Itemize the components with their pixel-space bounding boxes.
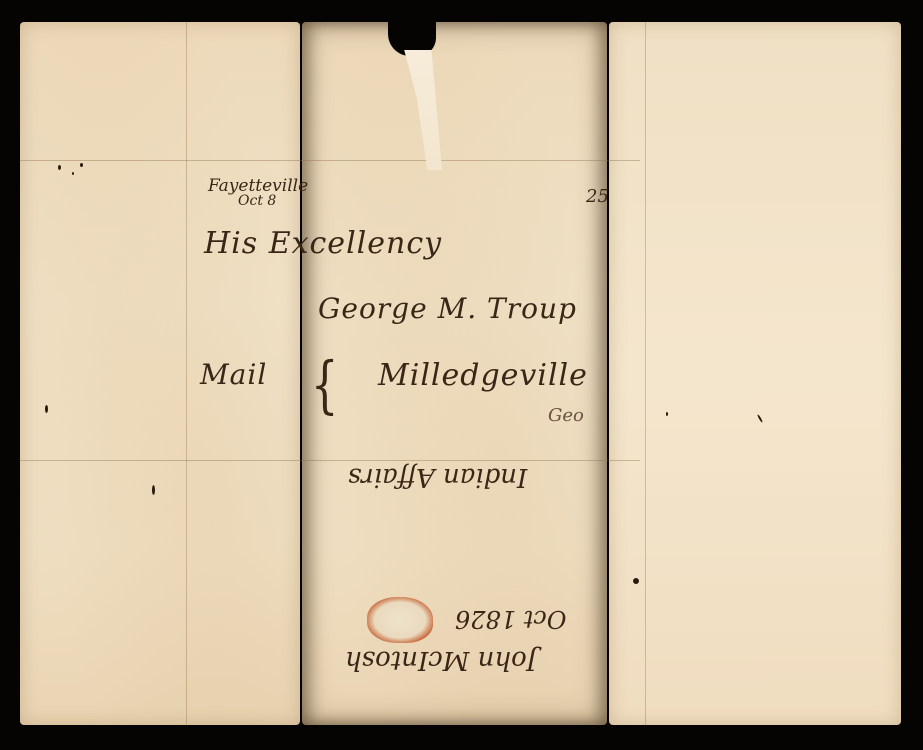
wax-seal	[367, 597, 433, 643]
vertical-fold-line	[186, 22, 187, 725]
ink-fleck	[58, 165, 61, 170]
ink-fleck	[45, 405, 48, 413]
docket-sender: John McIntosh	[345, 645, 537, 675]
destination-state: Geo	[548, 405, 584, 426]
subject-endorsement: Indian Affairs	[348, 462, 527, 492]
vertical-fold-line	[645, 22, 646, 725]
horizontal-fold-line	[20, 160, 640, 161]
ink-fleck	[666, 412, 668, 416]
horizontal-fold-line	[20, 460, 640, 461]
ink-fleck	[152, 485, 155, 495]
right-fold-panel	[609, 22, 901, 725]
ink-fleck	[633, 578, 639, 584]
salutation: His Excellency	[204, 226, 442, 261]
brace-mark: {	[311, 348, 339, 421]
ink-fleck	[80, 163, 83, 167]
mail-label: Mail	[200, 358, 267, 391]
recipient-name: George M. Troup	[318, 292, 577, 325]
ink-fleck	[72, 172, 74, 175]
postage-rate: 25	[586, 186, 609, 207]
origin-date: Oct 8	[238, 193, 276, 209]
docket-date: Oct 1826	[455, 605, 566, 633]
destination-city: Milledgeville	[378, 358, 588, 393]
